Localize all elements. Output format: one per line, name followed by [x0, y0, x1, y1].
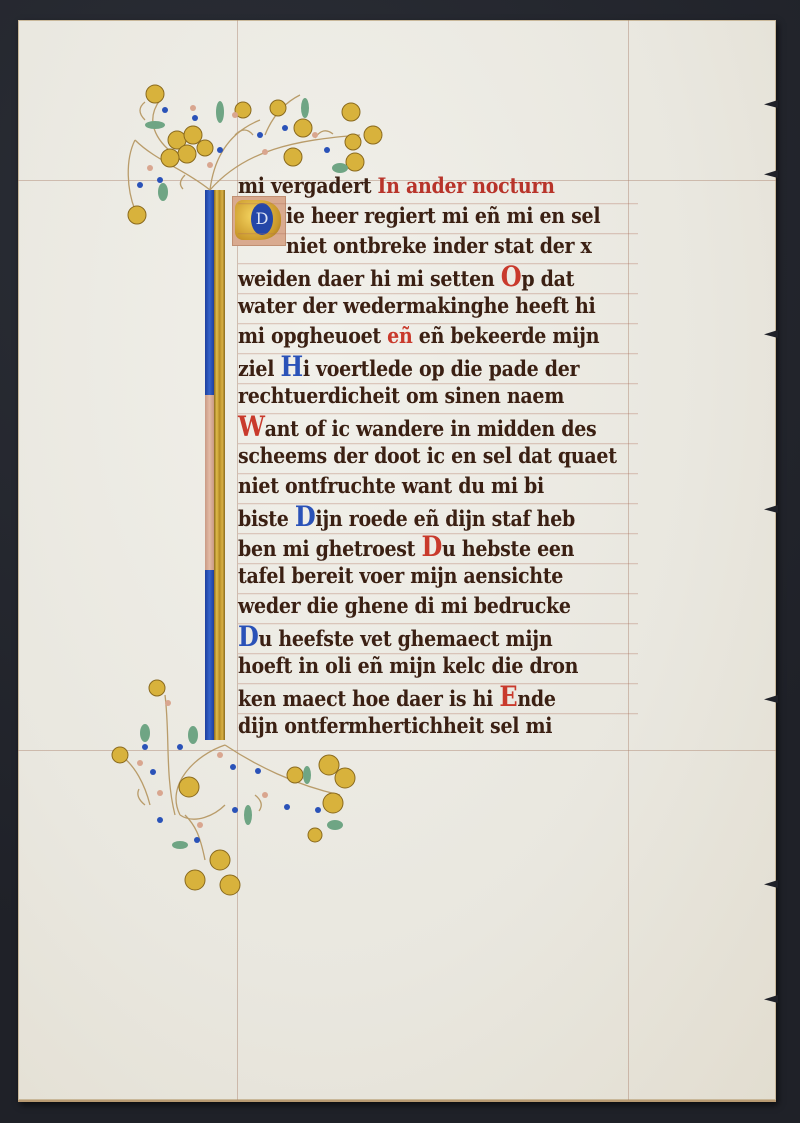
blue-initial: D — [295, 500, 316, 533]
edge-tear — [764, 505, 778, 513]
red-struck-word: eñ — [387, 323, 412, 348]
gilt-border-bar — [205, 190, 227, 740]
red-initial: W — [238, 410, 265, 443]
text-line: dijn ontfermhertichheit sel mi — [238, 710, 638, 743]
edge-tear — [764, 100, 778, 108]
blue-initial: D — [238, 620, 259, 653]
edge-tear — [764, 995, 778, 1003]
red-initial: D — [421, 530, 442, 563]
edge-tear — [764, 695, 778, 703]
edge-tear — [764, 880, 778, 888]
edge-tear — [764, 330, 778, 338]
edge-tear — [764, 170, 778, 178]
manuscript-text: mi vergadert In ander nocturn ie heer re… — [238, 172, 638, 741]
red-initial: O — [501, 260, 522, 293]
red-initial: E — [499, 680, 517, 713]
blue-initial: H — [280, 350, 302, 383]
rubric-heading: In ander nocturn — [378, 173, 555, 198]
